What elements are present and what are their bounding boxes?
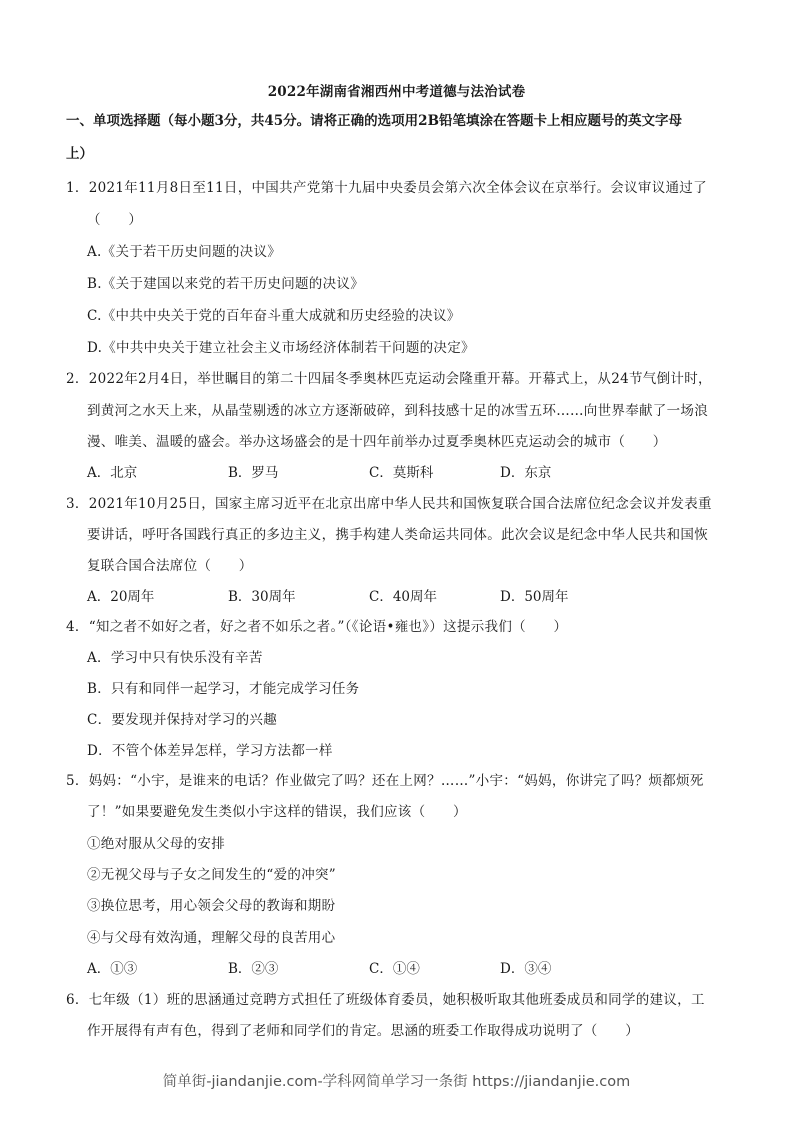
question-1-option-d: D.《中共中央关于建立社会主义市场经济体制若干问题的决定》 (87, 336, 475, 356)
question-5-option-c: C．①④ (369, 957, 420, 977)
question-5-statement-3: ③换位思考，用心领会父母的教诲和期盼 (87, 894, 335, 914)
question-2-stem-line-1: 2．2022年2月4日，举世瞩目的第二十四届冬季奥林匹克运动会隆重开幕。开幕式上… (66, 367, 712, 387)
question-2-stem-line-2: 到黄河之水天上来，从晶莹剔透的冰立方逐渐破碎，到科技感十足的冰雪五环……向世界奉… (87, 399, 708, 419)
question-1-option-c: C.《中共中央关于党的百年奋斗重大成就和历史经验的决议》 (87, 304, 461, 324)
question-6-stem-line-1: 6．七年级（1）班的思涵通过竞聘方式担任了班级体育委员，她积极听取其他班委成员和… (66, 988, 705, 1008)
question-3-stem-line-3: 复联合国合法席位（ ） (87, 554, 253, 574)
section-heading: 一、单项选择题（每小题3分，共45分。请将正确的选项用2B铅笔填涂在答题卡上相应… (66, 105, 736, 171)
question-5-option-d: D．③④ (500, 957, 551, 977)
question-2-option-a: A．北京 (87, 461, 137, 481)
question-3-option-d: D．50周年 (500, 585, 569, 605)
question-5-option-b: B．②③ (228, 957, 278, 977)
question-3-option-b: B．30周年 (228, 585, 296, 605)
question-2-option-d: D．东京 (500, 461, 551, 481)
exam-page: 2022年湖南省湘西州中考道德与法治试卷 一、单项选择题（每小题3分，共45分。… (0, 0, 793, 1122)
question-6-stem-line-2: 作开展得有声有色，得到了老师和同学们的肯定。思涵的班委工作取得成功说明了（ ） (87, 1019, 639, 1039)
question-4-option-a: A．学习中只有快乐没有辛苦 (87, 646, 263, 666)
question-2-stem-line-3: 漫、唯美、温暖的盛会。举办这场盛会的是十四年前举办过夏季奥林匹克运动会的城市（ … (87, 430, 667, 450)
question-1-stem-line-2: （ ） (87, 208, 142, 228)
question-4-option-d: D．不管个体差异怎样，学习方法都一样 (87, 739, 333, 759)
question-4-option-b: B．只有和同伴一起学习，才能完成学习任务 (87, 677, 359, 697)
question-2-option-c: C．莫斯科 (369, 461, 433, 481)
question-3-option-a: A．20周年 (87, 585, 154, 605)
question-1-stem-line-1: 1．2021年11月8日至11日，中国共产党第十九届中央委员会第六次全体会议在京… (66, 176, 707, 196)
question-5-stem-line-2: 了！”如果要避免发生类似小宇这样的错误，我们应该（ ） (87, 800, 467, 820)
question-4-option-c: C．要发现并保持对学习的兴趣 (87, 708, 277, 728)
question-1-option-b: B.《关于建国以来党的若干历史问题的决议》 (87, 272, 364, 292)
page-footer-watermark: 简单街-jiandanjie.com-学科网简单学习一条街 https://ji… (0, 1070, 793, 1091)
question-4-stem-line-1: 4．“知之者不如好之者，好之者不如乐之者。”（《论语•雍也》）这提示我们（ ） (66, 615, 567, 635)
question-2-option-b: B．罗马 (228, 461, 278, 481)
exam-title: 2022年湖南省湘西州中考道德与法治试卷 (0, 80, 793, 100)
section-heading-line-1: 一、单项选择题（每小题3分，共45分。请将正确的选项用2B铅笔填涂在答题卡上相应… (66, 105, 736, 138)
question-3-stem-line-1: 3．2021年10月25日，国家主席习近平在北京出席中华人民共和国恢复联合国合法… (66, 492, 712, 512)
question-3-stem-line-2: 要讲话，呼吁各国践行真正的多边主义，携手构建人类命运共同体。此次会议是纪念中华人… (87, 523, 708, 543)
question-5-stem-line-1: 5．妈妈：“小宇，是谁来的电话？作业做完了吗？还在上网？……”小宇：“妈妈，你讲… (66, 769, 704, 789)
question-1-option-a: A.《关于若干历史问题的决议》 (87, 240, 281, 260)
question-3-option-c: C．40周年 (369, 585, 437, 605)
question-5-option-a: A．①③ (87, 957, 137, 977)
question-5-statement-2: ②无视父母与子女之间发生的“爱的冲突” (87, 863, 336, 883)
section-heading-line-2: 上） (66, 138, 736, 171)
question-5-statement-4: ④与父母有效沟通，理解父母的良苦用心 (87, 926, 335, 946)
question-5-statement-1: ①绝对服从父母的安排 (87, 832, 225, 852)
